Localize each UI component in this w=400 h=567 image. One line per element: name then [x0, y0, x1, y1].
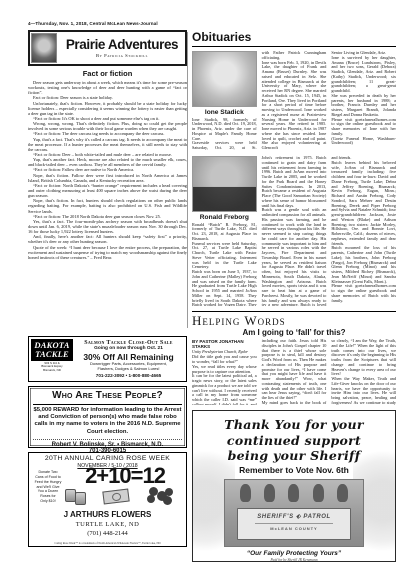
script-line-2: being your Sheriff: [193, 448, 395, 464]
caring-rose-week-ad: 20TH ANNUAL CARING ROSE WEEK NOVEMBER / …: [28, 452, 187, 547]
people-in-truck: [233, 484, 355, 506]
reward-contact-name: Robert V. Bolinske, Sr. • Bismarck, N.D.: [33, 439, 182, 448]
dakota-discount: 30% Off All Remaining: [73, 352, 184, 362]
portrait-photo: [192, 51, 257, 107]
prairie-adventures-masthead: Prairie Adventures By Patricia Stockdill: [28, 30, 187, 66]
obit-col-3: Senior Living in Glendale, Ariz. Ione is…: [331, 51, 396, 151]
dakota-sale-dates: Going on now through Oct. 21: [73, 346, 184, 351]
ten-dollar-bill-icon: [102, 488, 129, 504]
helping-words-columns: BY PASTOR JONATHAN STARKS Unity Presbyte…: [192, 339, 396, 405]
tailgate-sheriffs-patrol-text: SHERIFF'S ⬖ PATROL: [238, 513, 350, 520]
person-figure: [313, 484, 324, 502]
rose-icon: [147, 495, 155, 503]
script-line-1: Thank You for your continued support: [193, 417, 395, 448]
dakota-ad-copy: Salmon Tackle Close-Out Sale Going on no…: [73, 339, 184, 379]
obit-col-1: Ronald Freborg Ronald “Butch” R. Freborg…: [192, 156, 257, 306]
obituary-ione-stadick: Ione Stadick Ione Stadick, 98, formerly …: [192, 51, 396, 151]
flowers-equation: 2+10=12: [67, 465, 183, 487]
obit-col-2: John's retirement in 1975. Butch continu…: [262, 156, 327, 306]
obituary-ronald-freborg: Ronald Freborg Ronald “Butch” R. Freborg…: [192, 156, 396, 306]
obit-col-3: and friends. Butch leaves behind his bel…: [331, 156, 396, 306]
rose-icon: [165, 488, 173, 496]
hw-col-3: so clearly, “I am the Way, the Truth, an…: [331, 339, 396, 405]
dakota-phone: 701-222-3092 • 1-800-880-4665: [73, 373, 184, 378]
dakota-logo-block: DAKOTA TACKLE 903 S 3rd & Bismarck Expwy…: [31, 339, 73, 379]
person-figure: [337, 484, 348, 502]
right-column: Obituaries Ione Stadick Ione Stadick, 98…: [192, 30, 396, 562]
column-rule: [187, 32, 188, 328]
sheriff-paid-for-line: Paid for by Sheriff JR Kerzmann: [193, 558, 395, 562]
food-can-icon: [75, 492, 86, 505]
helping-words-section: Helping Words Am I going to ‘fall’ for t…: [192, 311, 396, 405]
flowers-shop-name: J ARTHURS FLOWERS: [29, 510, 186, 519]
helping-words-headline: Am I going to ‘fall’ for this?: [192, 328, 396, 337]
person-figure: [288, 484, 299, 502]
hw-text: Did the title grab you and cause you to …: [192, 355, 257, 405]
sheriff-slogan: “Our Family Protecting Yours”: [193, 550, 395, 557]
dakota-address: 903 S 3rd & Bismarck Expwy Bismarck, ND: [31, 362, 73, 372]
truck-tailgate: SHERIFF'S ⬖ PATROL McLEAN COUNTY: [237, 508, 351, 540]
obit-col-1: Ione Stadick Ione Stadick, 98, formerly …: [192, 51, 257, 151]
obit-name: Ione Stadick: [192, 109, 257, 116]
flowers-fine-print: Caring Rose Week™ is a trademark of Nort…: [29, 542, 186, 545]
obit-text: Ione Stadick, 98, formerly of Underwood,…: [192, 118, 257, 152]
reward-body: $5,000 REWARD for information leading to…: [33, 404, 182, 437]
newspaper-page: 4—Thursday, Nov. 1, 2018, Central McLean…: [0, 0, 400, 567]
masthead-titles: Prairie Adventures By Patricia Stockdill: [59, 38, 185, 58]
dakota-tackle-logo: DAKOTA TACKLE: [31, 339, 73, 361]
column-byline: By Patricia Stockdill: [59, 53, 185, 58]
hw-byline: BY PASTOR JONATHAN STARKS: [192, 339, 257, 349]
column-title: Prairie Adventures: [59, 38, 185, 52]
left-column: Prairie Adventures By Patricia Stockdill…: [28, 30, 187, 547]
flowers-offer-text: Donate Two Cans of Food to Feed the Hung…: [33, 470, 63, 504]
hw-col-2: including our faith. Jesus told His disc…: [262, 339, 327, 405]
rose-icon: [163, 496, 172, 505]
flowers-phone: (701) 448-2144: [29, 530, 186, 537]
portrait-photo: [192, 156, 257, 212]
sheriff-thankyou-text: Thank You for your continued support bei…: [193, 417, 395, 464]
column-body: Deer season gets underway in about a wee…: [28, 80, 187, 332]
columnist-photo: [31, 33, 57, 63]
page-folio: 4—Thursday, Nov. 1, 2018, Central McLean…: [28, 21, 158, 26]
dakota-tackle-ad: DAKOTA TACKLE 903 S 3rd & Bismarck Expwy…: [28, 336, 187, 382]
sheriff-campaign-ad: Thank You for your continued support bei…: [192, 410, 396, 562]
column-headline: Fact or fiction: [28, 69, 187, 78]
reward-title: Who Are These People?: [33, 390, 182, 401]
helping-words-heading: Helping Words: [192, 314, 396, 327]
logo-line-2: TACKLE: [32, 350, 72, 359]
flowers-event-title: 20TH ANNUAL CARING ROSE WEEK: [29, 455, 186, 462]
sheriff-vote-reminder: Remember to Vote Nov. 6th: [193, 465, 395, 475]
dakota-items-2: Flashers, Dodges & Salmon Lures!: [73, 367, 184, 372]
flowers-city: TURTLE LAKE, ND: [29, 521, 186, 528]
obit-name: Ronald Freborg: [192, 214, 257, 221]
hw-col-1: BY PASTOR JONATHAN STARKS Unity Presbyte…: [192, 339, 257, 405]
reward-ad: Who Are These People? $5,000 REWARD for …: [28, 386, 187, 448]
obit-text: Ronald “Butch” R. Freborg, 81, formerly …: [192, 223, 257, 307]
obit-col-2: with Father Patrick Cunningham officiati…: [262, 51, 327, 151]
person-figure: [240, 484, 251, 502]
obituaries-heading: Obituaries: [192, 30, 396, 47]
tailgate-county-text: McLEAN COUNTY: [255, 523, 333, 531]
flowers-equation-art: [63, 485, 183, 507]
sheriff-family-photo: SHERIFF'S ⬖ PATROL McLEAN COUNTY: [224, 479, 364, 547]
person-figure: [264, 484, 275, 502]
